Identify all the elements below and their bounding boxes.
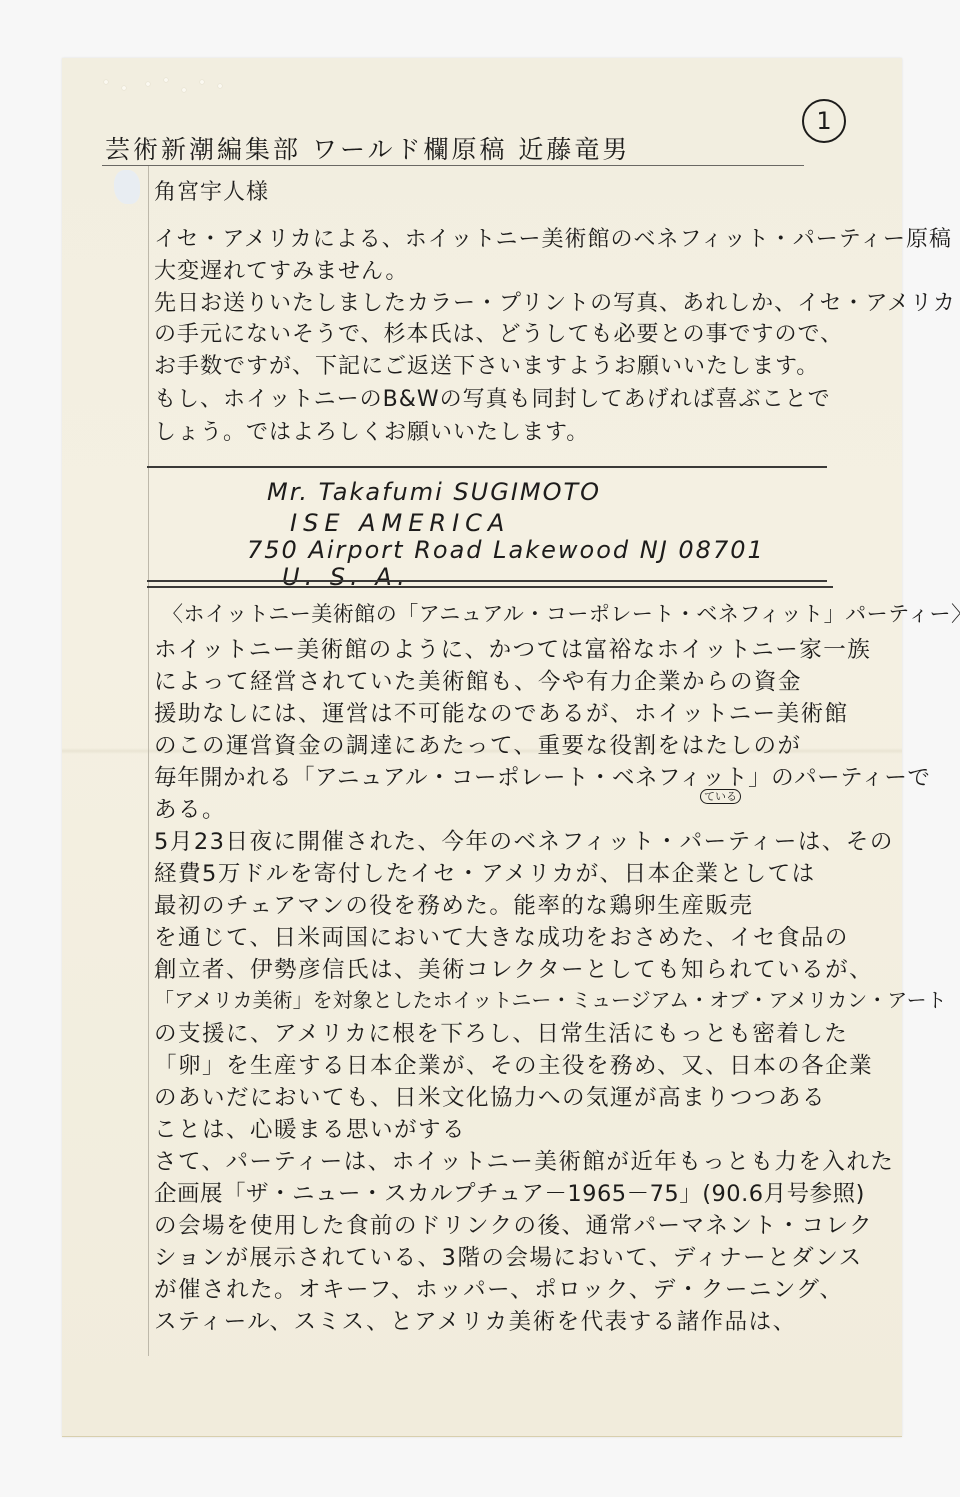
article-line: の支援に、アメリカに根を下ろし、日常生活にもっとも密着した xyxy=(154,1016,848,1048)
address-name: Mr. Takafumi SUGIMOTO xyxy=(267,478,601,506)
address-top-rule xyxy=(147,466,827,468)
salutation: 角宮宇人様 xyxy=(154,175,269,206)
article-line: 「卵」を生産する日本企業が、その主役を務め、又、日本の各企業 xyxy=(154,1048,873,1080)
article-heading: 〈ホイットニー美術館の「アニュアル・コーポレート・ベネフィット」パーティー〉 xyxy=(162,598,960,628)
article-line: ホイットニー美術館のように、かつては富裕なホイットニー家一族 xyxy=(154,632,871,664)
article-line: 企画展「ザ・ニュー・スカルプチュア－1965－75」(90.6月号参照) xyxy=(154,1176,865,1208)
letter-line: お手数ですが、下記にご返送下さいますようお願いいたします。 xyxy=(154,349,819,380)
correction-fluid-mark xyxy=(114,170,140,204)
perforation-marks xyxy=(82,76,262,90)
address-street: 750 Airport Road Lakewood NJ 08701 xyxy=(247,536,765,564)
address-company: ISE AMERICA xyxy=(290,509,510,537)
article-line: を通じて、日米両国において大きな成功をおさめた、イセ食品の xyxy=(154,920,849,952)
article-line: 創立者、伊勢彦信氏は、美術コレクターとしても知られているが、 xyxy=(154,952,873,984)
article-line: 5月23日夜に開催された、今年のベネフィット・パーティーは、その xyxy=(154,824,894,856)
article-line: ションが展示されている、3階の会場において、ディナーとダンス xyxy=(154,1240,863,1272)
address-bottom-rule-1 xyxy=(147,580,827,582)
letter-line: の手元にないそうで、杉本氏は、どうしても必要との事ですので、 xyxy=(154,317,843,348)
page-number: 1 xyxy=(816,107,831,135)
letter-line: 先日お送りいたしましたカラー・プリントの写真、あれしか、イセ・アメリカ xyxy=(154,286,956,317)
header-divider xyxy=(102,165,804,166)
article-line: のこの運営資金の調達にあたって、重要な役割をはたしのが xyxy=(154,728,802,760)
letter-line: もし、ホイットニーのB&Wの写真も同封してあげれば喜ぶことで xyxy=(154,382,831,413)
page-number-circle: 1 xyxy=(802,99,846,143)
article-line: さて、パーティーは、ホイットニー美術館が近年もっとも力を入れた xyxy=(154,1144,894,1176)
article-line: 毎年開かれる「アニュアル・コーポレート・ベネフィット」のパーティーで xyxy=(154,760,930,792)
article-line: 援助なしには、運営は不可能なのであるが、ホイットニー美術館 xyxy=(154,696,849,728)
margin-line xyxy=(148,166,149,1356)
article-line: の会場を使用した食前のドリンクの後、通常パーマネント・コレク xyxy=(154,1208,873,1240)
article-line: によって経営されていた美術館も、今や有力企業からの資金 xyxy=(154,664,802,696)
article-line: のあいだにおいても、日米文化協力への気運が高まりつつある xyxy=(154,1080,826,1112)
address-bottom-rule-2 xyxy=(147,586,833,588)
article-line: 「アメリカ美術」を対象としたホイットニー・ミュージアム・オブ・アメリカン・アート xyxy=(154,984,947,1013)
article-line: ある。 xyxy=(154,792,226,824)
manuscript-page: 芸術新潮編集部 ワールド欄原稿 近藤竜男 1 角宮宇人様 イセ・アメリカによる、… xyxy=(62,58,902,1437)
manuscript-title: 芸術新潮編集部 ワールド欄原稿 近藤竜男 xyxy=(105,130,630,166)
letter-line: しょう。ではよろしくお願いいたします。 xyxy=(154,415,589,446)
article-line: が催された。オキーフ、ホッパー、ポロック、デ・クーニング、 xyxy=(154,1272,843,1304)
letter-line: 大変遅れてすみません。 xyxy=(154,254,408,285)
article-line: ことは、心暖まる思いがする xyxy=(154,1112,466,1144)
article-line: 最初のチェアマンの役を務めた。能率的な鶏卵生産販売 xyxy=(154,888,753,920)
article-line: 経費5万ドルを寄付したイセ・アメリカが、日本企業としては xyxy=(154,856,816,888)
article-line: スティール、スミス、とアメリカ美術を代表する諸作品は、 xyxy=(154,1304,797,1336)
letter-line: イセ・アメリカによる、ホイットニー美術館のベネフィット・パーティー原稿 xyxy=(154,222,952,253)
